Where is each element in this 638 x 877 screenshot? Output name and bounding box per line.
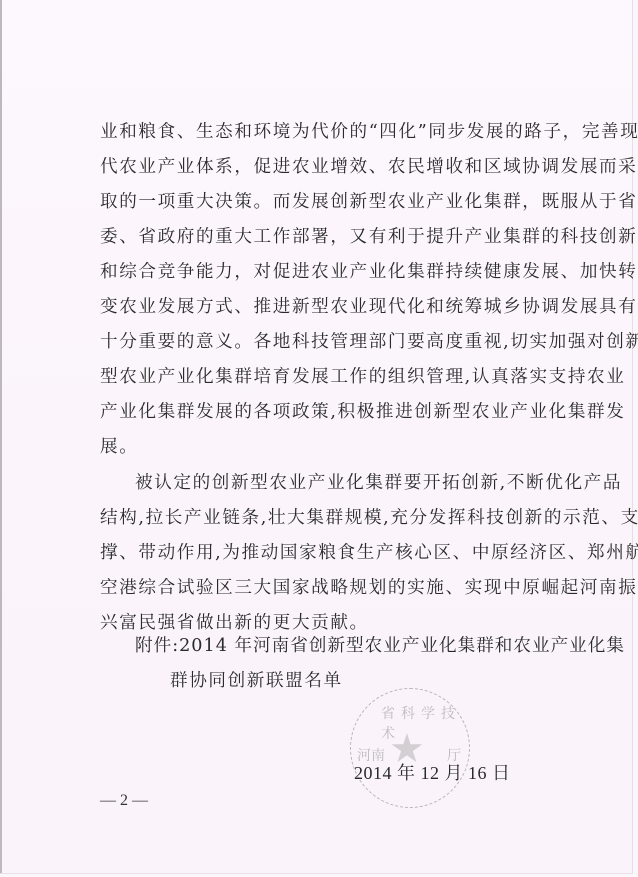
- text-line: 业和粮食、生态和环境为代价的“四化”同步发展的路子，完善现: [100, 119, 560, 145]
- text-line: 和综合竞争能力，对促进农业产业化集群持续健康发展、加快转: [100, 259, 560, 285]
- document-page: 业和粮食、生态和环境为代价的“四化”同步发展的路子，完善现 代农业产业体系，促进…: [0, 0, 633, 874]
- text-line: 十分重要的意义。各地科技管理部门要高度重视,切实加强对创新: [100, 329, 560, 355]
- text-line: 空港综合试验区三大国家战略规划的实施、实现中原崛起河南振: [100, 575, 560, 601]
- page-edge: [0, 0, 2, 873]
- text-line: 取的一项重大决策。而发展创新型农业产业化集群，既服从于省: [100, 189, 560, 215]
- official-seal: 省科学技术 河南 厅 ★: [350, 688, 470, 808]
- attachment-line: 附件:2014 年河南省创新型农业产业化集群和农业产业化集: [135, 633, 560, 659]
- text-line: 型农业产业化集群培育发展工作的组织管理,认真落实支持农业: [100, 364, 560, 390]
- text-line: 结构,拉长产业链条,壮大集群规模,充分发挥科技创新的示范、支: [100, 505, 560, 531]
- text-line: 被认定的创新型农业产业化集群要开拓创新,不断优化产品: [135, 470, 560, 496]
- text-line: 展。: [100, 434, 560, 460]
- text-line: 产业化集群发展的各项政策,积极推进创新型农业产业化集群发: [100, 399, 560, 425]
- text-line: 委、省政府的重大工作部署，又有利于提升产业集群的科技创新: [100, 224, 560, 250]
- text-line: 变农业发展方式、推进新型农业现代化和统筹城乡协调发展具有: [100, 294, 560, 320]
- text-line: 撑、带动作用,为推动国家粮食生产核心区、中原经济区、郑州航: [100, 540, 560, 566]
- text-line: 代农业产业体系，促进农业增效、农民增收和区域协调发展而采: [100, 154, 560, 180]
- document-date: 2014 年 12 月 16 日: [354, 759, 511, 785]
- page-number: — 2 —: [100, 792, 148, 810]
